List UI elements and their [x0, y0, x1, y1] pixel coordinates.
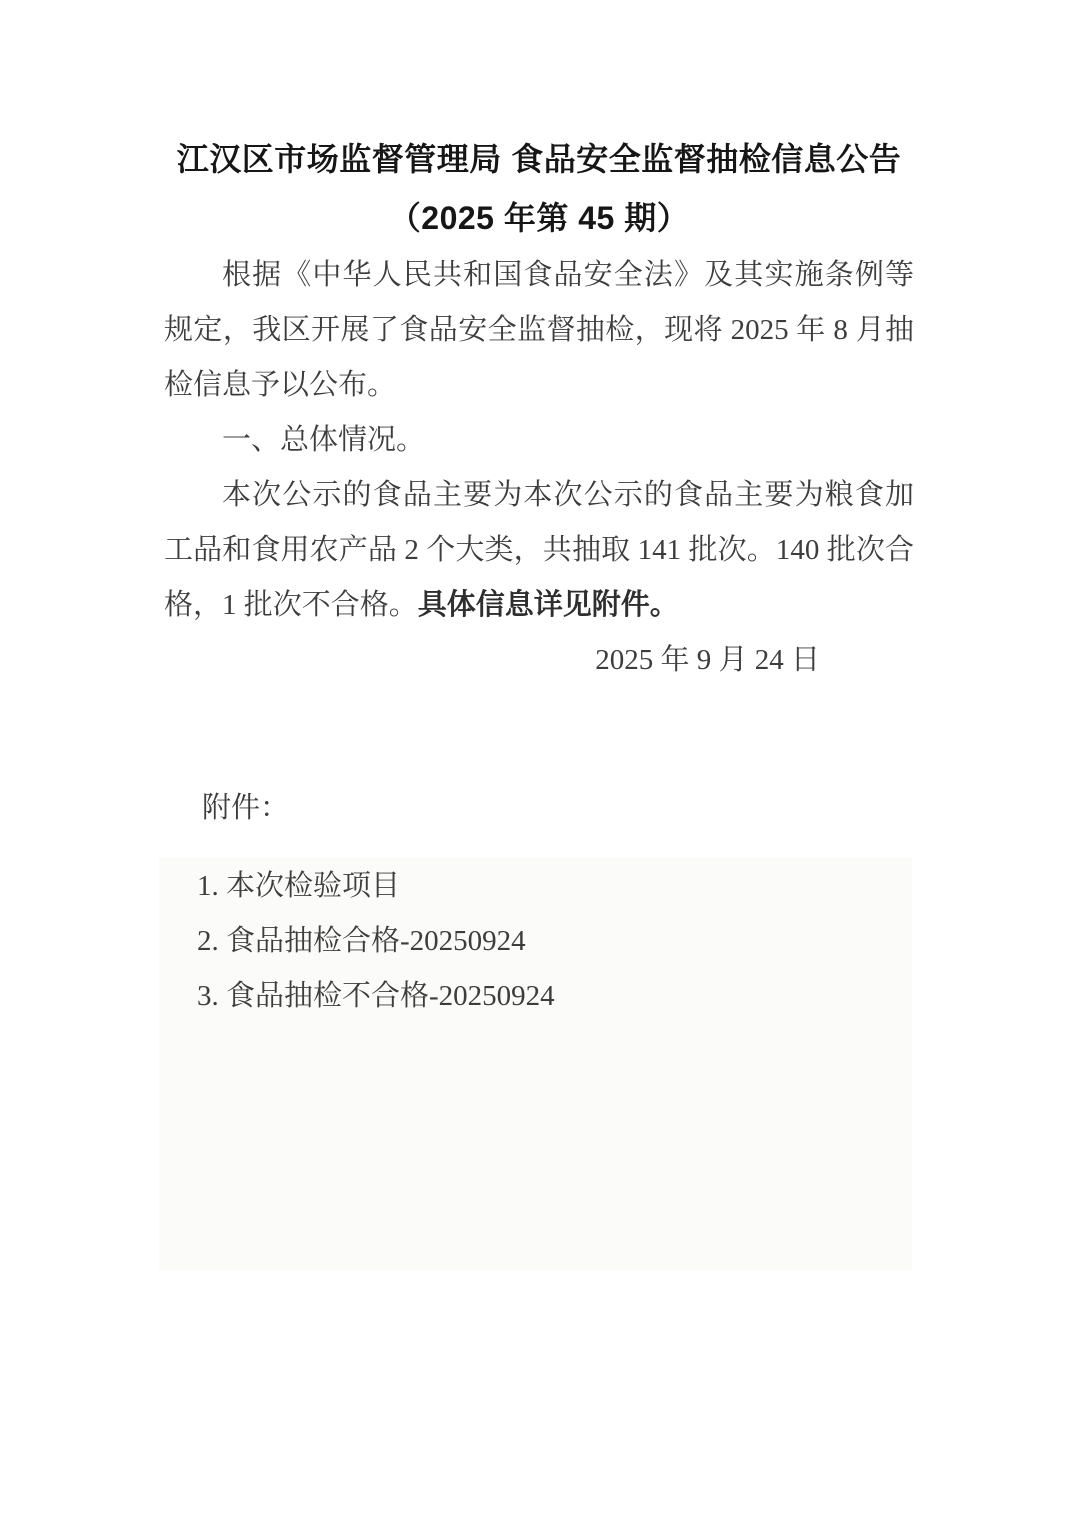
- page-title: 江汉区市场监督管理局 食品安全监督抽检信息公告 （2025 年第 45 期）: [164, 130, 914, 248]
- document-content: 江汉区市场监督管理局 食品安全监督抽检信息公告 （2025 年第 45 期） 根…: [164, 130, 914, 1270]
- intro-paragraph: 根据《中华人民共和国食品安全法》及其实施条例等规定，我区开展了食品安全监督抽检，…: [164, 248, 914, 413]
- attachments-label: 附件：: [164, 781, 914, 836]
- attachment-link-inspection-items[interactable]: 1. 本次检验项目: [197, 859, 892, 914]
- page-title-line1: 江汉区市场监督管理局 食品安全监督抽检信息公告: [164, 130, 914, 189]
- attachment-panel: 1. 本次检验项目 2. 食品抽检合格-20250924 3. 食品抽检不合格-…: [159, 857, 912, 1270]
- summary-paragraph-emphasis: 具体信息详见附件。: [418, 589, 679, 621]
- publish-date: 2025 年 9 月 24 日: [164, 633, 914, 688]
- document-page: 江汉区市场监督管理局 食品安全监督抽检信息公告 （2025 年第 45 期） 根…: [0, 0, 1074, 1520]
- attachment-link-passed-samples[interactable]: 2. 食品抽检合格-20250924: [197, 914, 892, 969]
- page-title-line2: （2025 年第 45 期）: [164, 189, 914, 248]
- section-heading: 一、总体情况。: [164, 413, 914, 468]
- summary-paragraph: 本次公示的食品主要为本次公示的食品主要为粮食加工品和食用农产品 2 个大类，共抽…: [164, 468, 914, 633]
- attachment-link-failed-samples[interactable]: 3. 食品抽检不合格-20250924: [197, 969, 892, 1024]
